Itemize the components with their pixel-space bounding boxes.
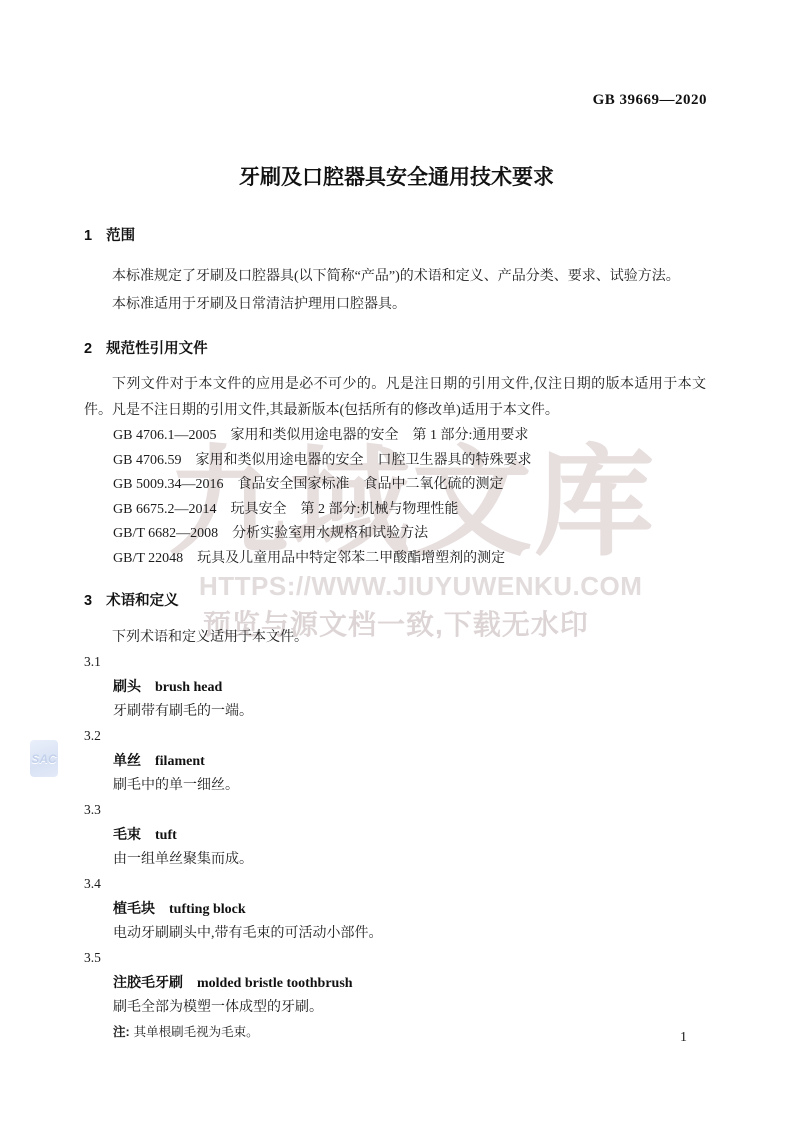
term-name: 注胶毛牙刷molded bristle toothbrush: [84, 970, 706, 996]
section-heading-label: 范围: [106, 228, 135, 244]
term-name-en: filament: [155, 754, 205, 769]
sac-logo-label: SAC: [31, 752, 56, 766]
reference-list: GB 4706.1—2005 家用和类似用途电器的安全 第 1 部分:通用要求 …: [84, 424, 706, 571]
term-name-en: tuft: [155, 828, 177, 843]
term-number: 3.5: [84, 946, 706, 970]
term-name-zh: 毛束: [113, 826, 141, 842]
paragraph: 本标准规定了牙刷及口腔器具(以下简称“产品”)的术语和定义、产品分类、要求、试验…: [84, 268, 706, 285]
section-heading-1: 1范围: [84, 228, 706, 244]
sac-logo: SAC: [30, 740, 58, 777]
section-number: 3: [84, 593, 92, 609]
reference-item: GB 4706.59 家用和类似用途电器的安全 口腔卫生器具的特殊要求: [84, 449, 706, 474]
reference-item: GB/T 22048 玩具及儿童用品中特定邻苯二甲酸酯增塑剂的测定: [84, 547, 706, 572]
document-page: 九域文库 HTTPS://WWW.JIUYUWENKU.COM 预览与源文档一致…: [0, 0, 793, 1122]
section-number: 2: [84, 341, 92, 357]
section-number: 1: [84, 228, 92, 244]
term-name: 刷头brush head: [84, 674, 706, 700]
term-note: 注:其单根刷毛视为毛束。: [84, 1020, 706, 1044]
section-heading-3: 3术语和定义: [84, 593, 706, 609]
term-note-label: 注:: [113, 1025, 130, 1039]
term-number: 3.1: [84, 650, 706, 674]
term-definition: 刷毛中的单一细丝。: [84, 774, 706, 798]
term-note-text: 其单根刷毛视为毛束。: [134, 1025, 259, 1039]
document-body: 1范围 本标准规定了牙刷及口腔器具(以下简称“产品”)的术语和定义、产品分类、要…: [84, 228, 706, 1044]
page-number: 1: [680, 1030, 687, 1046]
term-name: 毛束tuft: [84, 822, 706, 848]
page-title: 牙刷及口腔器具安全通用技术要求: [0, 161, 793, 191]
term-definition: 刷毛全部为模塑一体成型的牙刷。: [84, 996, 706, 1020]
term-block: 3.4 植毛块tufting block 电动牙刷刷头中,带有毛束的可活动小部件…: [84, 872, 706, 946]
section-heading-label: 规范性引用文件: [106, 341, 208, 357]
terms-list: 3.1 刷头brush head 牙刷带有刷毛的一端。 3.2 单丝filame…: [84, 650, 706, 1044]
term-definition: 牙刷带有刷毛的一端。: [84, 700, 706, 724]
term-name-zh: 刷头: [113, 678, 141, 694]
reference-item: GB 5009.34—2016 食品安全国家标准 食品中二氧化硫的测定: [84, 473, 706, 498]
term-name-en: tufting block: [169, 902, 246, 917]
term-name: 植毛块tufting block: [84, 896, 706, 922]
reference-item: GB/T 6682—2008 分析实验室用水规格和试验方法: [84, 522, 706, 547]
term-block: 3.2 单丝filament 刷毛中的单一细丝。: [84, 724, 706, 798]
term-name-zh: 单丝: [113, 752, 141, 768]
paragraph: 本标准适用于牙刷及日常清洁护理用口腔器具。: [84, 296, 706, 313]
reference-item: GB 4706.1—2005 家用和类似用途电器的安全 第 1 部分:通用要求: [84, 424, 706, 449]
term-name-en: brush head: [155, 680, 222, 695]
paragraph: 下列术语和定义适用于本文件。: [84, 629, 706, 646]
term-block: 3.1 刷头brush head 牙刷带有刷毛的一端。: [84, 650, 706, 724]
term-name-zh: 注胶毛牙刷: [113, 974, 183, 990]
paragraph: 下列文件对于本文件的应用是必不可少的。凡是注日期的引用文件,仅注日期的版本适用于…: [84, 372, 706, 424]
term-name: 单丝filament: [84, 748, 706, 774]
section-heading-label: 术语和定义: [106, 593, 179, 609]
reference-item: GB 6675.2—2014 玩具安全 第 2 部分:机械与物理性能: [84, 498, 706, 523]
term-name-en: molded bristle toothbrush: [197, 976, 353, 991]
term-number: 3.2: [84, 724, 706, 748]
section-heading-2: 2规范性引用文件: [84, 341, 706, 357]
doc-number: GB 39669—2020: [593, 92, 707, 109]
term-definition: 由一组单丝聚集而成。: [84, 848, 706, 872]
term-definition: 电动牙刷刷头中,带有毛束的可活动小部件。: [84, 922, 706, 946]
term-block: 3.5 注胶毛牙刷molded bristle toothbrush 刷毛全部为…: [84, 946, 706, 1044]
term-name-zh: 植毛块: [113, 900, 155, 916]
term-number: 3.3: [84, 798, 706, 822]
term-number: 3.4: [84, 872, 706, 896]
term-block: 3.3 毛束tuft 由一组单丝聚集而成。: [84, 798, 706, 872]
